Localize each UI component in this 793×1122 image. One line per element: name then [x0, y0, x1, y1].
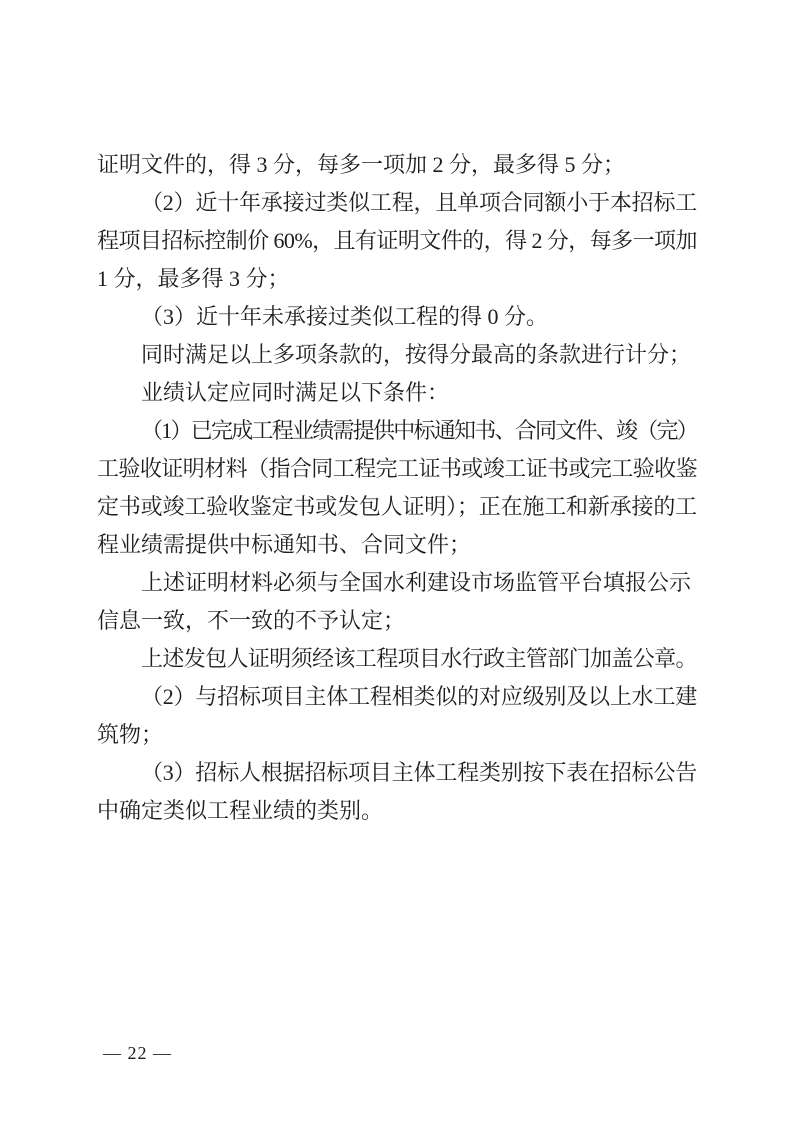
- text-line: 证明文件的，得 3 分，每多一项加 2 分，最多得 5 分；: [97, 146, 697, 184]
- document-text-block: 证明文件的，得 3 分，每多一项加 2 分，最多得 5 分；（2）近十年承接过类…: [97, 146, 697, 830]
- page-footer: — 22 —: [103, 1042, 172, 1064]
- text-line: 定书或竣工验收鉴定书或发包人证明）；正在施工和新承接的工: [97, 488, 697, 526]
- text-line: 业绩认定应同时满足以下条件：: [97, 374, 697, 412]
- text-line: 同时满足以上多项条款的，按得分最高的条款进行计分；: [97, 336, 697, 374]
- text-line: 1 分，最多得 3 分；: [97, 260, 697, 298]
- text-line: 程业绩需提供中标通知书、合同文件；: [97, 526, 697, 564]
- text-line: 中确定类似工程业绩的类别。: [97, 792, 697, 830]
- document-page: 证明文件的，得 3 分，每多一项加 2 分，最多得 5 分；（2）近十年承接过类…: [0, 0, 793, 1122]
- text-line: （2）近十年承接过类似工程，且单项合同额小于本招标工: [97, 184, 697, 222]
- text-line: （2）与招标项目主体工程相类似的对应级别及以上水工建: [97, 678, 697, 716]
- text-line: 筑物；: [97, 716, 697, 754]
- text-line: 程项目招标控制价 60%，且有证明文件的，得 2 分，每多一项加: [97, 222, 697, 260]
- text-line: （1）已完成工程业绩需提供中标通知书、合同文件、竣（完）: [97, 412, 697, 450]
- text-line: 工验收证明材料（指合同工程完工证书或竣工证书或完工验收鉴: [97, 450, 697, 488]
- text-line: 信息一致，不一致的不予认定；: [97, 602, 697, 640]
- text-line: 上述证明材料必须与全国水利建设市场监管平台填报公示: [97, 564, 697, 602]
- text-line: （3）招标人根据招标项目主体工程类别按下表在招标公告: [97, 754, 697, 792]
- text-line: 上述发包人证明须经该工程项目水行政主管部门加盖公章。: [97, 640, 697, 678]
- text-line: （3）近十年未承接过类似工程的得 0 分。: [97, 298, 697, 336]
- page-number: — 22 —: [103, 1043, 172, 1063]
